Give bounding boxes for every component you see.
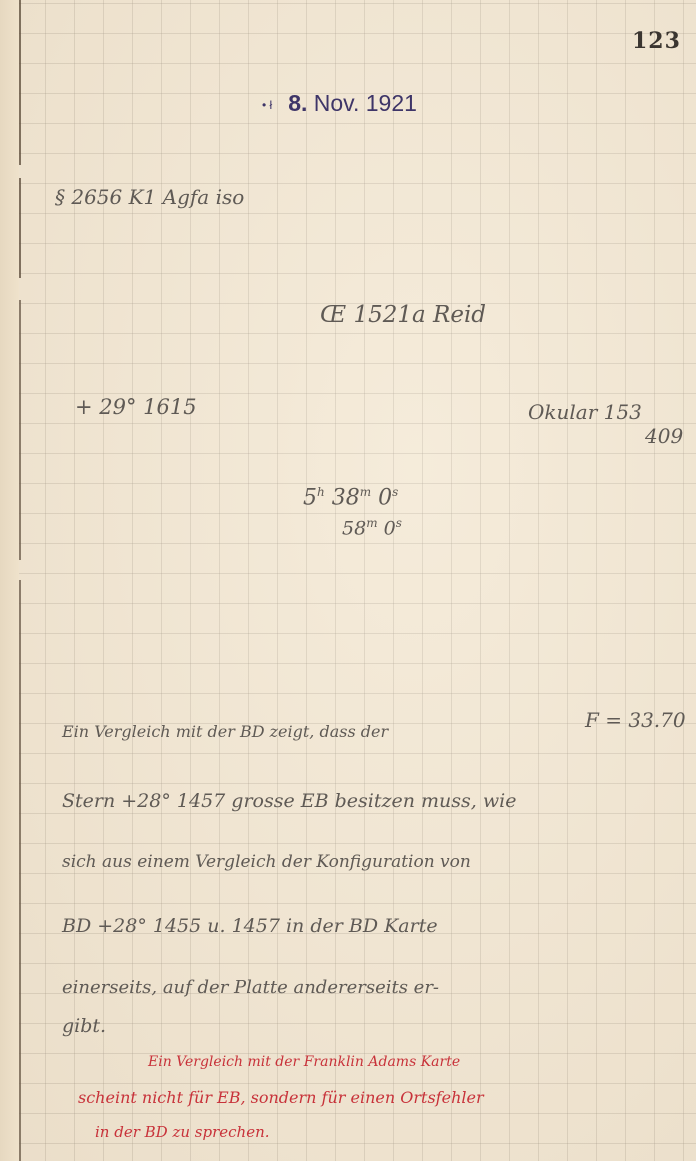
- page-gutter: [0, 0, 19, 1161]
- binding-stitch-line: [19, 0, 21, 1161]
- coord2-seconds: 0: [378, 517, 396, 539]
- paragraph-line-2: Stern +28° 1457 grosse EB besitzen muss,…: [62, 790, 516, 812]
- stamp-day: 8.: [288, 90, 307, 116]
- coordinate-main: 5h 38m 0s: [303, 485, 398, 510]
- paragraph-line-1: Ein Vergleich mit der BD zeigt, dass der: [62, 722, 388, 741]
- red-note-line-1: Ein Vergleich mit der Franklin Adams Kar…: [148, 1054, 460, 1070]
- coord2-minutes: 58: [342, 517, 366, 539]
- coord2-seconds-unit: s: [396, 516, 402, 530]
- coordinate-second: 58m 0s: [342, 516, 402, 539]
- paragraph-line-3: sich aus einem Vergleich der Konfigurati…: [62, 852, 471, 872]
- okular-value: 409: [645, 424, 683, 448]
- coord-minutes-unit: m: [360, 485, 371, 499]
- coord-seconds: 0: [371, 485, 392, 510]
- coord-seconds-unit: s: [392, 485, 398, 499]
- coord-hours-unit: h: [317, 485, 325, 499]
- coord2-minutes-unit: m: [366, 516, 377, 530]
- catalog-reference: § 2656 K1 Agfa iso: [55, 185, 244, 209]
- paragraph-line-5: einerseits, auf der Platte andererseits …: [62, 977, 439, 998]
- f-value: F = 33.70: [585, 708, 686, 732]
- paragraph-line-6: gibt.: [62, 1015, 106, 1037]
- paragraph-line-4: BD +28° 1455 u. 1457 in der BD Karte: [62, 915, 438, 937]
- coord-hours: 5: [303, 485, 317, 510]
- coord-minutes: 38: [325, 485, 360, 510]
- page-number: 123: [632, 28, 681, 54]
- bd-number: + 29° 1615: [75, 395, 197, 419]
- red-note-line-3: in der BD zu sprechen.: [95, 1123, 270, 1141]
- red-note-line-2: scheint nicht für EB, sondern für einen …: [78, 1088, 484, 1107]
- date-stamp: • ł8. Nov. 1921: [262, 90, 417, 117]
- stamp-mark: • ł: [262, 98, 272, 112]
- notebook-page: 123 • ł8. Nov. 1921 § 2656 K1 Agfa iso Œ…: [0, 0, 696, 1161]
- star-designation: Œ 1521a Reid: [320, 302, 486, 328]
- stamp-month-year: Nov. 1921: [307, 90, 417, 116]
- okular-label: Okular 153: [528, 400, 642, 424]
